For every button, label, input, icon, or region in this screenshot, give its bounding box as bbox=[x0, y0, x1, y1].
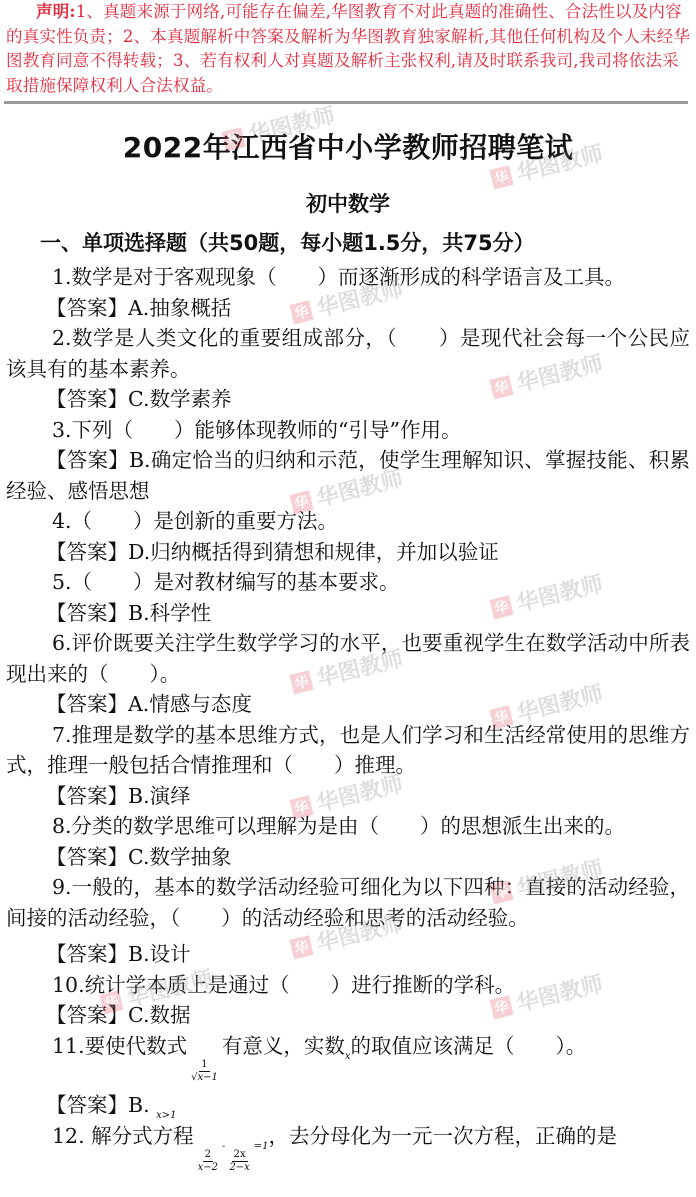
q11-fraction: 1√x−1 bbox=[189, 1059, 220, 1084]
question-7: 7.推理是数学的基本思维方式，也是人们学习和生活经常使用的思维方式，推理一般包括… bbox=[6, 720, 690, 781]
q12-post: ，去分母化为一元一次方程，正确的是 bbox=[269, 1124, 618, 1148]
answer-5: 【答案】B.科学性 bbox=[6, 598, 690, 629]
answer-1: 【答案】A.抽象概括 bbox=[6, 293, 690, 324]
watermark-logo-icon: 华 bbox=[489, 165, 513, 189]
question-4: 4.（ ）是创新的重要方法。 bbox=[6, 506, 690, 537]
q11-mid: 有意义，实数 bbox=[222, 1034, 345, 1058]
answer-9: 【答案】B.设计 bbox=[6, 939, 690, 970]
divider bbox=[4, 101, 688, 104]
disclaimer-lead: 声明: bbox=[36, 2, 76, 21]
page-subtitle: 初中数学 bbox=[0, 188, 696, 218]
question-6: 6.评价既要关注学生数学学习的水平，也要重视学生在数学活动中所表现出来的（ ）。 bbox=[6, 628, 690, 689]
answer-4: 【答案】D.归纳概括得到猜想和规律，并加以验证 bbox=[6, 537, 690, 568]
question-8: 8.分类的数学思维可以理解为是由（ ）的思想派生出来的。 bbox=[6, 811, 690, 842]
disclaimer: 声明:1、真题来源于网络,可能存在偏差,华图教育不对此真题的准确性、合法性以及内… bbox=[6, 0, 692, 98]
question-9: 9.一般的，基本的数学活动经验可细化为以下四种：直接的活动经验，间接的活动经验，… bbox=[6, 872, 690, 933]
q12-fraction-1: 2x−2 bbox=[196, 1149, 220, 1174]
answer-2: 【答案】C.数学素养 bbox=[6, 384, 690, 415]
answer-11: 【答案】B. x>1 bbox=[6, 1090, 690, 1121]
page-title: 2022年江西省中小学教师招聘笔试 bbox=[0, 126, 696, 166]
answer-10: 【答案】C.数据 bbox=[6, 1000, 690, 1031]
q11-pre: 11.要使代数式 bbox=[52, 1034, 187, 1058]
q12-fraction-2: 2x2−x bbox=[227, 1149, 251, 1174]
question-12: 12. 解分式方程2x−2-2x2−x=1，去分母化为一元一次方程，正确的是 bbox=[6, 1121, 690, 1174]
answer-11-math: x>1 bbox=[156, 1110, 176, 1121]
question-5: 5.（ ）是对教材编写的基本要求。 bbox=[6, 567, 690, 598]
q12-pre: 12. 解分式方程 bbox=[52, 1124, 194, 1148]
question-2: 2.数学是人类文化的重要组成部分，（ ）是现代社会每一个公民应该具有的基本素养。 bbox=[6, 323, 690, 384]
question-list: 1.数学是对于客观现象（ ）而逐渐形成的科学语言及工具。 【答案】A.抽象概括 … bbox=[6, 262, 690, 1174]
question-3: 3.下列（ ）能够体现教师的“引导”作用。 bbox=[6, 415, 690, 446]
answer-8: 【答案】C.数学抽象 bbox=[6, 842, 690, 873]
q11-post: 的取值应该满足（ ）。 bbox=[351, 1034, 587, 1058]
answer-3: 【答案】B.确定恰当的归纳和示范，使学生理解知识、掌握技能、积累经验、感悟思想 bbox=[6, 445, 690, 506]
question-1: 1.数学是对于客观现象（ ）而逐渐形成的科学语言及工具。 bbox=[6, 262, 690, 293]
disclaimer-text: 1、真题来源于网络,可能存在偏差,华图教育不对此真题的准确性、合法性以及内容的真… bbox=[6, 2, 690, 95]
answer-6: 【答案】A.情感与态度 bbox=[6, 689, 690, 720]
answer-7: 【答案】B.演绎 bbox=[6, 781, 690, 812]
section-heading: 一、单项选择题（共50题，每小题1.5分，共75分） bbox=[40, 227, 535, 257]
question-11: 11.要使代数式1√x−1有意义，实数x的取值应该满足（ ）。 bbox=[6, 1031, 690, 1084]
question-10: 10.统计学本质上是通过（ ）进行推断的学科。 bbox=[6, 970, 690, 1001]
